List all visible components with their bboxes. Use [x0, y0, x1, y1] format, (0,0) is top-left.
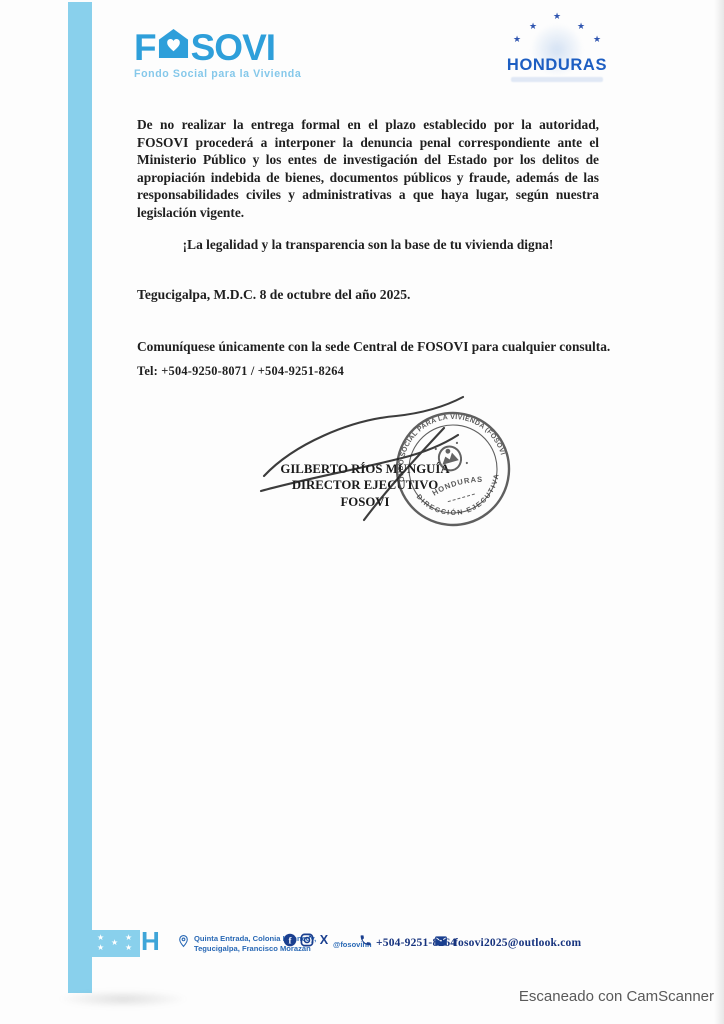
- star-icon: ★: [125, 944, 132, 952]
- star-icon: ★: [513, 35, 521, 44]
- star-icon: ★: [97, 934, 104, 942]
- scanned-letter-page: F SOVI Fondo Social para la Vivienda ★ ★…: [0, 0, 724, 1024]
- honduras-emblem: ★ ★ ★ ★ ★ HONDURAS: [492, 12, 622, 82]
- stamp-center-text: HONDURAS: [430, 471, 486, 498]
- star-icon: ★: [529, 22, 537, 31]
- footer-flag-bar: ★ ★ ★ ★ ★: [92, 930, 140, 957]
- honduras-label: HONDURAS: [492, 56, 622, 75]
- body-paragraph: De no realizar la entrega formal en el p…: [137, 116, 599, 221]
- star-icon: ★: [97, 944, 104, 952]
- envelope-icon: [434, 934, 448, 952]
- footer-email-address: fosovi2025@outlook.com: [454, 937, 581, 949]
- star-icon: ★: [125, 934, 132, 942]
- social-icons: f X: [283, 933, 331, 952]
- contact-note: Comuníquese únicamente con la sede Centr…: [137, 339, 610, 355]
- house-heart-icon: [157, 28, 190, 67]
- dateline: Tegucigalpa, M.D.C. 8 de octubre del año…: [137, 287, 410, 303]
- svg-text:HONDURAS: HONDURAS: [430, 471, 486, 498]
- star-icon: ★: [111, 939, 118, 947]
- phone-icon: [359, 934, 372, 952]
- left-accent-stripe: [68, 2, 92, 993]
- tel-line: Tel: +504-9250-8071 / +504-9251-8264: [137, 364, 344, 379]
- svg-text:X: X: [320, 933, 329, 947]
- logo-letters-sovi: SOVI: [191, 29, 275, 66]
- x-twitter-icon: X: [317, 933, 331, 952]
- official-stamp: FONDO SOCIAL PARA LA VIVIENDA (FOSOVI) D…: [379, 395, 527, 543]
- footer-email: fosovi2025@outlook.com: [434, 934, 581, 952]
- star-icon: ★: [553, 12, 561, 21]
- star-icon: ★: [577, 22, 585, 31]
- scan-edge-shadow: [714, 0, 724, 1024]
- fosovi-wordmark: F SOVI: [134, 28, 301, 67]
- slogan-line: ¡La legalidad y la transparencia son la …: [137, 237, 599, 253]
- camscanner-caption: Escaneado con CamScanner: [519, 988, 714, 1005]
- instagram-icon: [300, 933, 314, 952]
- star-icon: ★: [593, 35, 601, 44]
- scan-bottom-shadow: [58, 990, 188, 1008]
- location-pin-icon: [177, 933, 190, 954]
- honduras-stars: ★ ★ ★ ★ ★: [509, 12, 605, 52]
- faint-subtext: [511, 77, 603, 82]
- footer-h-logo: H: [141, 927, 160, 956]
- fosovi-logo: F SOVI Fondo Social para la Vivienda: [134, 28, 301, 80]
- facebook-icon: f: [283, 933, 297, 952]
- logo-tagline: Fondo Social para la Vivienda: [134, 68, 301, 80]
- logo-letter-f: F: [134, 29, 156, 66]
